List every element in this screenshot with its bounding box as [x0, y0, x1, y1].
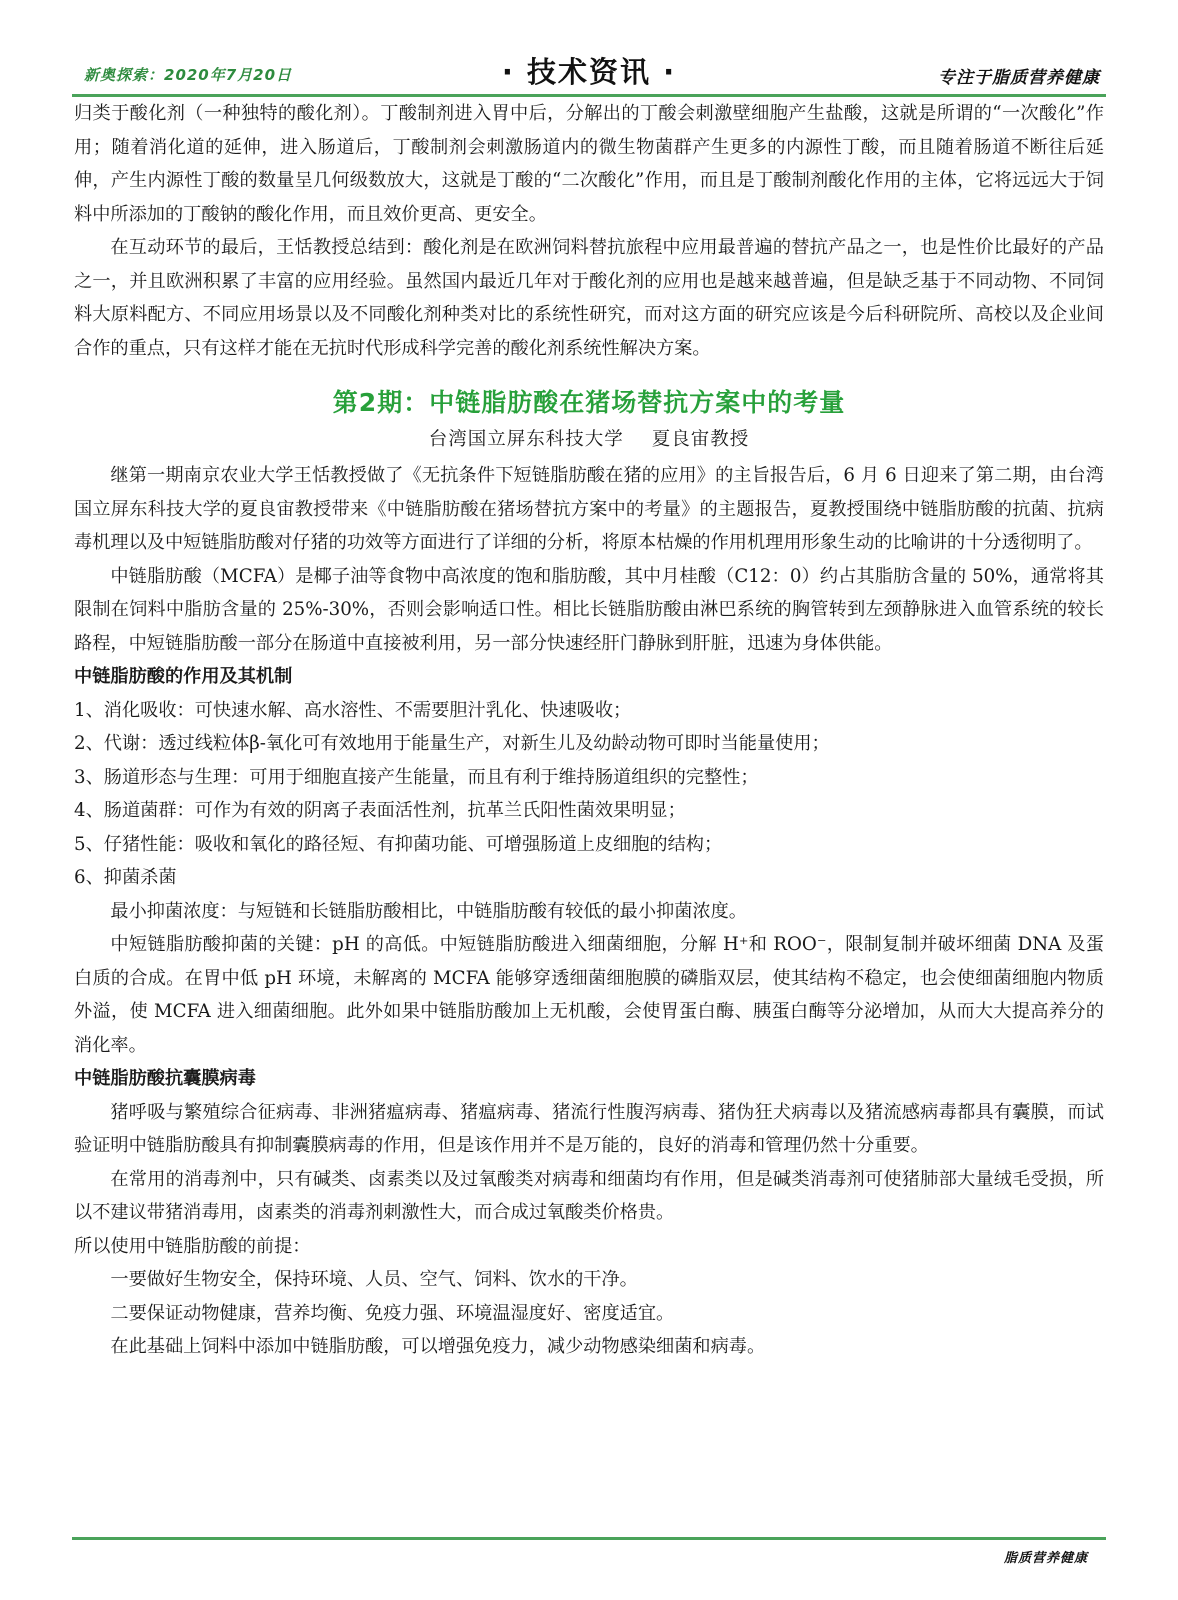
author-line: 台湾国立屏东科技大学夏良宙教授 [74, 421, 1104, 459]
premise-item: 二要保证动物健康，营养均衡、免疫力强、环境温湿度好、密度适宜。 [74, 1297, 1104, 1331]
list-item: 5、仔猪性能：吸收和氧化的路径短、有抑菌功能、可增强肠道上皮细胞的结构； [74, 828, 1104, 862]
list-item: 4、肠道菌群：可作为有效的阴离子表面活性剂，抗革兰氏阳性菌效果明显； [74, 794, 1104, 828]
paragraph-virus-1: 猪呼吸与繁殖综合征病毒、非洲猪瘟病毒、猪瘟病毒、猪流行性腹泻病毒、猪伪狂犬病毒以… [74, 1096, 1104, 1163]
page-header: 新奥探索：2020年7月20日 · 技术资讯 · 专注于脂质营养健康 [72, 50, 1106, 94]
author-name: 夏良宙教授 [652, 429, 750, 450]
list-item: 6、抑菌杀菌 [74, 861, 1104, 895]
list-item: 3、肠道形态与生理：可用于细胞直接产生能量，而且有利于维持肠道组织的完整性； [74, 761, 1104, 795]
list-item: 1、消化吸收：可快速水解、高水溶性、不需要胆汁乳化、快速吸收； [74, 694, 1104, 728]
premise-item: 在此基础上饲料中添加中链脂肪酸，可以增强免疫力，减少动物感染细菌和病毒。 [74, 1330, 1104, 1364]
paragraph-virus-2: 在常用的消毒剂中，只有碱类、卤素类以及过氧酸类对病毒和细菌均有作用，但是碱类消毒… [74, 1163, 1104, 1230]
article-body: 归类于酸化剂（一种独特的酸化剂）。丁酸制剂进入胃中后，分解出的丁酸会刺激壁细胞产… [74, 97, 1104, 1364]
paragraph-mic: 最小抑菌浓度：与短链和长链脂肪酸相比，中链脂肪酸有较低的最小抑菌浓度。 [74, 895, 1104, 929]
footer-divider [72, 1537, 1106, 1540]
header-slogan: 专注于脂质营养健康 [938, 63, 1100, 88]
section-title: 第2期：中链脂肪酸在猪场替抗方案中的考量 [74, 385, 1104, 421]
paragraph-summary: 在互动环节的最后，王恬教授总结到：酸化剂是在欧洲饲料替抗旅程中应用最普遍的替抗产… [74, 231, 1104, 365]
list-item: 2、代谢：透过线粒体β-氧化可有效地用于能量生产，对新生儿及幼龄动物可即时当能量… [74, 727, 1104, 761]
heading-mechanism: 中链脂肪酸的作用及其机制 [74, 660, 1104, 694]
paragraph-premise: 所以使用中链脂肪酸的前提： [74, 1230, 1104, 1264]
premise-item: 一要做好生物安全，保持环境、人员、空气、饲料、饮水的干净。 [74, 1263, 1104, 1297]
paragraph-mcfa: 中链脂肪酸（MCFA）是椰子油等食物中高浓度的饱和脂肪酸，其中月桂酸（C12：0… [74, 560, 1104, 661]
author-affiliation: 台湾国立屏东科技大学 [429, 429, 624, 450]
paragraph-ph: 中短链脂肪酸抑菌的关键：pH 的高低。中短链脂肪酸进入细菌细胞，分解 H⁺和 R… [74, 928, 1104, 1062]
paragraph-continued: 归类于酸化剂（一种独特的酸化剂）。丁酸制剂进入胃中后，分解出的丁酸会刺激壁细胞产… [74, 97, 1104, 231]
footer-text: 脂质营养健康 [1004, 1547, 1088, 1566]
heading-virus: 中链脂肪酸抗囊膜病毒 [74, 1062, 1104, 1096]
paragraph-intro: 继第一期南京农业大学王恬教授做了《无抗条件下短链脂肪酸在猪的应用》的主旨报告后，… [74, 459, 1104, 560]
